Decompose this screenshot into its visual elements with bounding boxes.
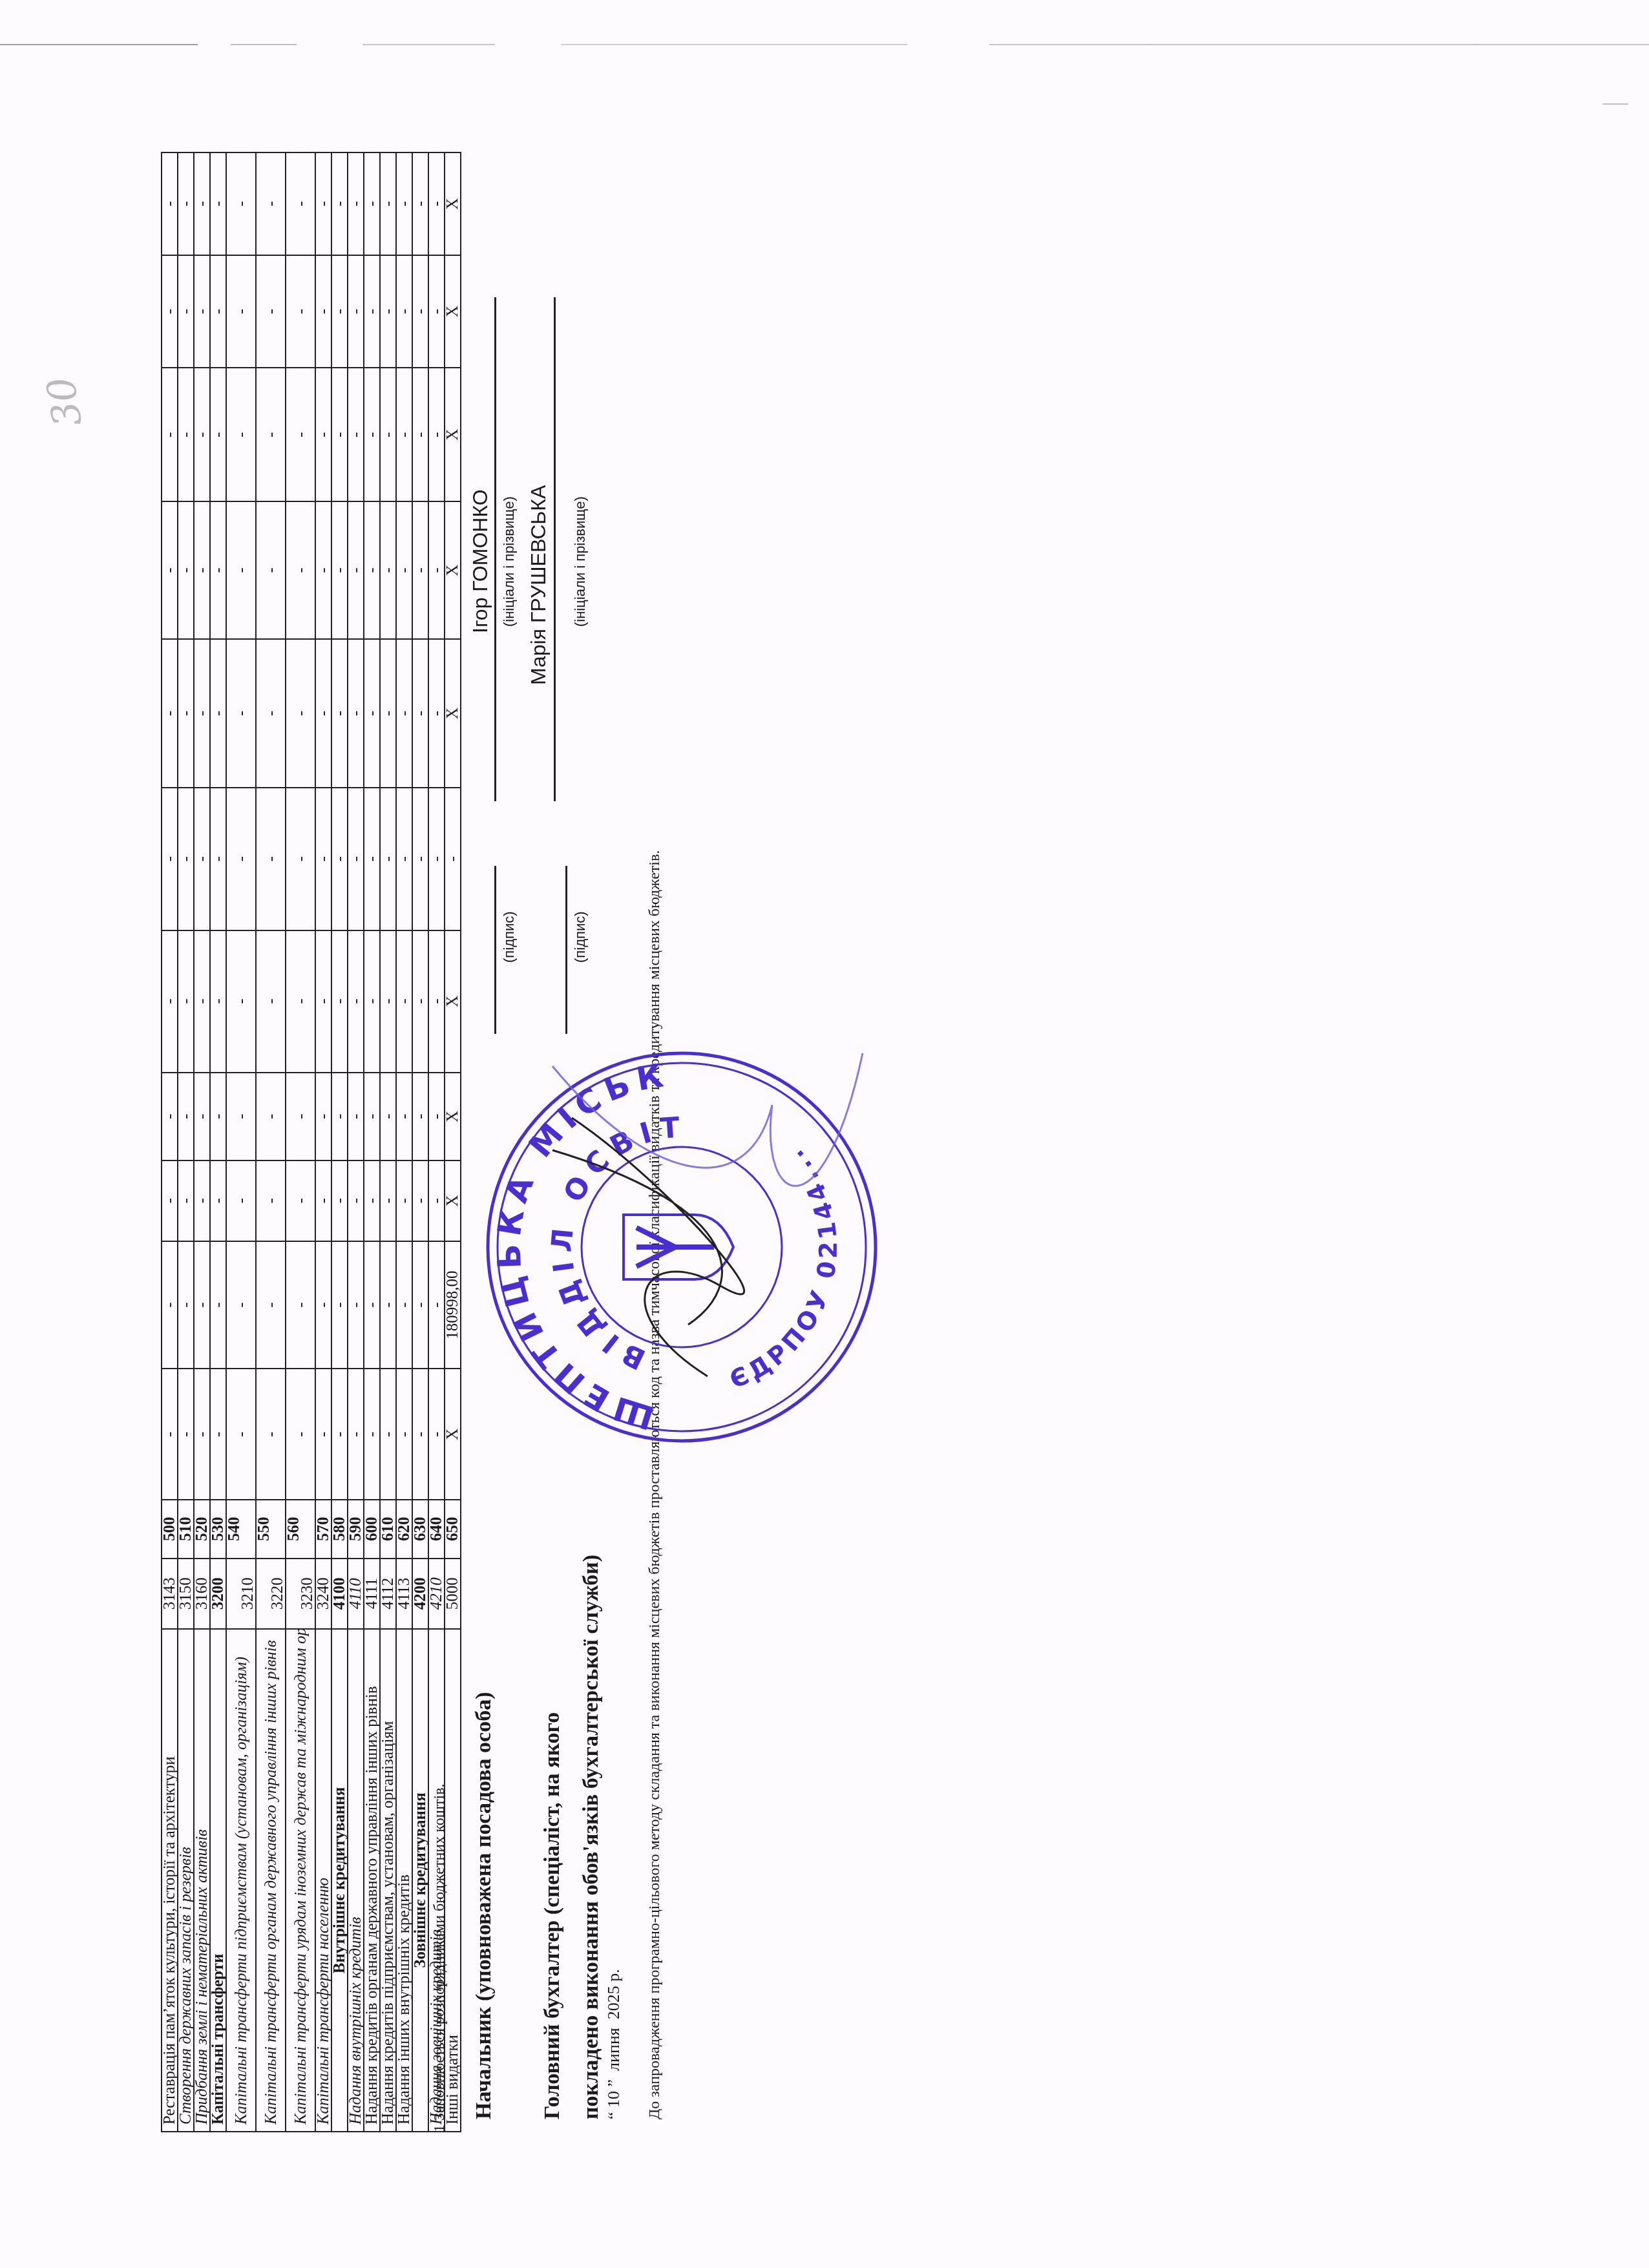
value-cell: - — [210, 930, 226, 1073]
row-label: Створення державних запасів і резервів — [178, 1629, 194, 2132]
value-cell: - — [210, 152, 226, 255]
value-cell: - — [256, 152, 286, 255]
kekv-code: 3150 — [178, 1559, 194, 1629]
value-cell: - — [286, 1073, 315, 1161]
signing-date: “ 10 ” липня 2025 р. — [604, 1969, 624, 2119]
kekv-code: 3160 — [194, 1559, 210, 1629]
row-label: Внутрішнє кредитування — [331, 1629, 348, 2132]
value-cell: - — [226, 368, 256, 501]
value-cell: - — [194, 639, 210, 788]
value-cell: - — [348, 1073, 364, 1161]
value-cell: - — [178, 1073, 194, 1161]
head-name-caption: (ініціали і прізвище) — [501, 496, 518, 627]
value-cell: - — [396, 788, 412, 930]
table-row: Капітальні трансферти органам державного… — [256, 152, 286, 2132]
value-cell: - — [226, 255, 256, 368]
value-cell: - — [331, 930, 348, 1073]
head-title: Начальник (уповноважена посадова особа) — [472, 1692, 496, 2119]
value-cell: - — [210, 1160, 226, 1241]
table-row: Капітальні трансферти підприємствам (уст… — [226, 152, 256, 2132]
value-cell: - — [380, 368, 396, 501]
value-cell: - — [331, 1369, 348, 1500]
value-cell: - — [162, 1073, 178, 1161]
value-cell: - — [348, 368, 364, 501]
handwritten-page-number: 30 — [38, 373, 91, 430]
value-cell: - — [162, 1241, 178, 1369]
value-cell: - — [331, 639, 348, 788]
row-code: 590 — [348, 1500, 364, 1558]
value-cell: - — [396, 255, 412, 368]
row-code: 560 — [286, 1500, 315, 1558]
value-cell: - — [428, 1369, 445, 1500]
value-cell: - — [210, 639, 226, 788]
value-cell: - — [412, 788, 428, 930]
row-code: 500 — [162, 1500, 178, 1558]
expenditure-table: Реставрація пам’яток культури, історії т… — [161, 152, 461, 2132]
kekv-code: 4100 — [331, 1559, 348, 1629]
value-cell: - — [364, 501, 380, 639]
kekv-code: 4111 — [364, 1559, 380, 1629]
value-cell: - — [380, 152, 396, 255]
row-code: 650 — [445, 1500, 461, 1558]
value-cell: - — [286, 255, 315, 368]
value-cell: - — [194, 152, 210, 255]
value-cell: - — [256, 1241, 286, 1369]
accountant-signature-line — [565, 866, 567, 1034]
table-row: Надання кредитів органам державного упра… — [364, 152, 380, 2132]
value-cell: - — [380, 501, 396, 639]
table-row: Створення державних запасів і резервів31… — [178, 152, 194, 2132]
value-cell: - — [348, 788, 364, 930]
scan-artifact-line — [0, 44, 1649, 45]
value-cell: - — [210, 1241, 226, 1369]
value-cell: - — [194, 1160, 210, 1241]
value-cell: - — [178, 255, 194, 368]
date-close-quote: ” — [604, 2079, 623, 2087]
scan-artifact-mark — [1602, 103, 1628, 105]
accountant-name: Марія ГРУШЕВСЬКА — [527, 485, 551, 685]
kekv-code: 3143 — [162, 1559, 178, 1629]
value-cell: - — [380, 1369, 396, 1500]
value-cell: - — [194, 788, 210, 930]
row-code: 540 — [226, 1500, 256, 1558]
value-cell: - — [194, 1073, 210, 1161]
value-cell: - — [226, 1073, 256, 1161]
value-cell: - — [428, 788, 445, 930]
value-cell: - — [331, 501, 348, 639]
value-cell: X — [445, 930, 461, 1073]
row-code: 510 — [178, 1500, 194, 1558]
value-cell: - — [348, 152, 364, 255]
value-cell: - — [178, 1369, 194, 1500]
value-cell: - — [210, 1073, 226, 1161]
stamp-code-text: ЄДРПОУ 02144... — [726, 1142, 843, 1394]
kekv-code: 3230 — [286, 1559, 315, 1629]
value-cell: - — [396, 501, 412, 639]
value-cell: - — [396, 1369, 412, 1500]
table-row: Надання кредитів підприємствам, установа… — [380, 152, 396, 2132]
value-cell: - — [364, 788, 380, 930]
row-label: Зовнішнє кредитування — [412, 1629, 428, 2132]
value-cell: - — [178, 639, 194, 788]
value-cell: - — [428, 930, 445, 1073]
value-cell: - — [364, 1241, 380, 1369]
table-row: Капітальні трансферти населенню3240570--… — [315, 152, 331, 2132]
row-code: 530 — [210, 1500, 226, 1558]
row-code: 580 — [331, 1500, 348, 1558]
document-page: 30 Реставрація пам’яток культури, історі… — [152, 152, 882, 2132]
row-label: Капітальні трансферти підприємствам (уст… — [226, 1629, 256, 2132]
accountant-title-line1: Головний бухгалтер (спеціаліст, на якого — [533, 1409, 572, 2119]
value-cell: X — [445, 1073, 461, 1161]
value-cell: - — [256, 639, 286, 788]
kekv-code: 3200 — [210, 1559, 226, 1629]
kekv-code: 4210 — [428, 1559, 445, 1629]
value-cell: - — [412, 639, 428, 788]
value-cell: - — [256, 368, 286, 501]
value-cell: - — [162, 152, 178, 255]
row-code: 610 — [380, 1500, 396, 1558]
footnote-1: 1 Заповнюється розпорядниками бюджетних … — [431, 1783, 448, 2132]
value-cell: 180998,00 — [445, 1241, 461, 1369]
value-cell: - — [210, 788, 226, 930]
value-cell: - — [315, 152, 331, 255]
value-cell: - — [256, 1369, 286, 1500]
value-cell: - — [226, 501, 256, 639]
value-cell: - — [162, 930, 178, 1073]
value-cell: - — [331, 152, 348, 255]
value-cell: - — [348, 255, 364, 368]
table-row: Реставрація пам’яток культури, історії т… — [162, 152, 178, 2132]
value-cell: - — [162, 1160, 178, 1241]
value-cell: - — [210, 501, 226, 639]
value-cell: X — [445, 501, 461, 639]
value-cell: - — [178, 1241, 194, 1369]
value-cell: - — [428, 1160, 445, 1241]
kekv-code: 4200 — [412, 1559, 428, 1629]
value-cell: - — [364, 255, 380, 368]
head-name: Ігор ГОМОНКО — [468, 489, 492, 633]
value-cell: - — [286, 639, 315, 788]
value-cell: - — [162, 501, 178, 639]
value-cell: - — [380, 930, 396, 1073]
value-cell: - — [315, 1241, 331, 1369]
value-cell: - — [331, 255, 348, 368]
value-cell: - — [412, 930, 428, 1073]
kekv-code: 5000 — [445, 1559, 461, 1629]
table-row: Капітальні трансферти3200530----------- — [210, 152, 226, 2132]
value-cell: - — [364, 639, 380, 788]
value-cell: - — [348, 1241, 364, 1369]
row-code: 550 — [256, 1500, 286, 1558]
value-cell: X — [445, 1160, 461, 1241]
row-code: 640 — [428, 1500, 445, 1558]
date-year: 2025 р. — [604, 1969, 623, 2019]
row-code: 570 — [315, 1500, 331, 1558]
value-cell: - — [428, 639, 445, 788]
value-cell: - — [178, 501, 194, 639]
row-label: Надання кредитів підприємствам, установа… — [380, 1629, 396, 2132]
value-cell: - — [210, 368, 226, 501]
date-month: липня — [604, 2028, 623, 2071]
value-cell: - — [380, 1241, 396, 1369]
value-cell: X — [445, 152, 461, 255]
row-code: 520 — [194, 1500, 210, 1558]
value-cell: - — [226, 788, 256, 930]
value-cell: - — [286, 501, 315, 639]
kekv-code: 3220 — [256, 1559, 286, 1629]
value-cell: - — [178, 788, 194, 930]
value-cell: - — [331, 1241, 348, 1369]
value-cell: - — [348, 501, 364, 639]
value-cell: - — [315, 788, 331, 930]
value-cell: - — [380, 1073, 396, 1161]
value-cell: X — [445, 1369, 461, 1500]
table-row: Надання інших внутрішніх кредитів4113620… — [396, 152, 412, 2132]
date-open-quote: “ — [604, 2112, 623, 2119]
value-cell: - — [445, 788, 461, 930]
value-cell: - — [256, 501, 286, 639]
head-signature-caption: (підпис) — [501, 912, 518, 963]
row-code: 600 — [364, 1500, 380, 1558]
value-cell: - — [396, 1241, 412, 1369]
value-cell: - — [194, 1241, 210, 1369]
value-cell: - — [162, 639, 178, 788]
row-label: Капітальні трансферти органам державного… — [256, 1629, 286, 2132]
value-cell: - — [315, 639, 331, 788]
value-cell: - — [348, 639, 364, 788]
value-cell: - — [412, 368, 428, 501]
row-label: Капітальні трансферти — [210, 1629, 226, 2132]
value-cell: - — [286, 788, 315, 930]
value-cell: - — [178, 368, 194, 501]
value-cell: - — [315, 501, 331, 639]
value-cell: - — [396, 368, 412, 501]
value-cell: - — [162, 368, 178, 501]
value-cell: - — [331, 788, 348, 930]
value-cell: - — [412, 152, 428, 255]
value-cell: - — [210, 255, 226, 368]
accountant-title: Головний бухгалтер (спеціаліст, на якого… — [533, 1409, 611, 2119]
value-cell: - — [226, 1369, 256, 1500]
value-cell: - — [286, 1369, 315, 1500]
table-row: Капітальні трансферти урядам іноземних д… — [286, 152, 315, 2132]
row-label: Надання кредитів органам державного упра… — [364, 1629, 380, 2132]
official-stamp: ШЕПТИЦЬКА МІСЬКА РАДА ВІДДІЛ ОСВІТИ ЄДРП… — [475, 1040, 888, 1454]
accountant-name-line — [554, 297, 556, 801]
value-cell: - — [364, 930, 380, 1073]
value-cell: - — [226, 1160, 256, 1241]
value-cell: - — [428, 1241, 445, 1369]
value-cell: - — [226, 152, 256, 255]
value-cell: - — [162, 1369, 178, 1500]
value-cell: - — [380, 788, 396, 930]
row-label: Капітальні трансферти населенню — [315, 1629, 331, 2132]
value-cell: - — [396, 152, 412, 255]
value-cell: - — [256, 255, 286, 368]
value-cell: - — [286, 368, 315, 501]
row-label: Капітальні трансферти урядам іноземних д… — [286, 1629, 315, 2132]
row-code: 620 — [396, 1500, 412, 1558]
value-cell: - — [162, 788, 178, 930]
value-cell: - — [286, 152, 315, 255]
value-cell: - — [412, 255, 428, 368]
value-cell: - — [178, 1160, 194, 1241]
value-cell: - — [396, 1073, 412, 1161]
value-cell: X — [445, 368, 461, 501]
kekv-code: 3240 — [315, 1559, 331, 1629]
row-label: Реставрація пам’яток культури, історії т… — [162, 1629, 178, 2132]
value-cell: - — [412, 501, 428, 639]
value-cell: - — [194, 368, 210, 501]
accountant-signature-caption: (підпис) — [572, 912, 589, 963]
value-cell: - — [428, 152, 445, 255]
value-cell: - — [428, 1073, 445, 1161]
value-cell: - — [428, 255, 445, 368]
row-label: Придбання землі і нематеріальних активів — [194, 1629, 210, 2132]
kekv-code: 4113 — [396, 1559, 412, 1629]
value-cell: - — [194, 255, 210, 368]
kekv-code: 4112 — [380, 1559, 396, 1629]
value-cell: - — [286, 1160, 315, 1241]
value-cell: - — [256, 1073, 286, 1161]
value-cell: - — [428, 368, 445, 501]
value-cell: - — [396, 639, 412, 788]
value-cell: - — [315, 1160, 331, 1241]
row-label: Надання внутрішніх кредитів — [348, 1629, 364, 2132]
value-cell: - — [348, 1369, 364, 1500]
value-cell: - — [256, 930, 286, 1073]
value-cell: - — [178, 152, 194, 255]
value-cell: - — [412, 1241, 428, 1369]
value-cell: - — [331, 368, 348, 501]
head-name-line — [494, 297, 496, 801]
value-cell: - — [331, 1073, 348, 1161]
value-cell: X — [445, 255, 461, 368]
value-cell: - — [194, 930, 210, 1073]
value-cell: - — [396, 930, 412, 1073]
value-cell: - — [315, 930, 331, 1073]
value-cell: - — [364, 1369, 380, 1500]
value-cell: - — [315, 255, 331, 368]
value-cell: - — [286, 1241, 315, 1369]
table-row: Надання внутрішніх кредитів4110590------… — [348, 152, 364, 2132]
row-code: 630 — [412, 1500, 428, 1558]
value-cell: X — [445, 639, 461, 788]
value-cell: - — [210, 1369, 226, 1500]
value-cell: - — [226, 1241, 256, 1369]
head-signature-line — [494, 866, 496, 1034]
value-cell: - — [286, 930, 315, 1073]
value-cell: - — [348, 1160, 364, 1241]
table-row: Внутрішнє кредитування4100580----------- — [331, 152, 348, 2132]
kekv-code: 3210 — [226, 1559, 256, 1629]
value-cell: - — [226, 639, 256, 788]
value-cell: - — [364, 1073, 380, 1161]
value-cell: - — [256, 788, 286, 930]
value-cell: - — [194, 501, 210, 639]
accountant-name-caption: (ініціали і прізвище) — [572, 496, 589, 627]
value-cell: - — [331, 1160, 348, 1241]
value-cell: - — [412, 1369, 428, 1500]
value-cell: - — [412, 1073, 428, 1161]
value-cell: - — [380, 255, 396, 368]
value-cell: - — [364, 1160, 380, 1241]
value-cell: - — [364, 152, 380, 255]
value-cell: - — [315, 1369, 331, 1500]
value-cell: - — [315, 1073, 331, 1161]
date-day: 10 — [604, 2091, 623, 2108]
value-cell: - — [194, 1369, 210, 1500]
value-cell: - — [396, 1160, 412, 1241]
kekv-code: 4110 — [348, 1559, 364, 1629]
value-cell: - — [315, 368, 331, 501]
value-cell: - — [162, 255, 178, 368]
value-cell: - — [412, 1160, 428, 1241]
value-cell: - — [364, 368, 380, 501]
value-cell: - — [380, 639, 396, 788]
row-label: Надання інших внутрішніх кредитів — [396, 1629, 412, 2132]
value-cell: - — [348, 930, 364, 1073]
value-cell: - — [428, 501, 445, 639]
table-row: Зовнішнє кредитування4200630----------- — [412, 152, 428, 2132]
value-cell: - — [226, 930, 256, 1073]
value-cell: - — [256, 1160, 286, 1241]
value-cell: - — [178, 930, 194, 1073]
table-row: Придбання землі і нематеріальних активів… — [194, 152, 210, 2132]
value-cell: - — [380, 1160, 396, 1241]
